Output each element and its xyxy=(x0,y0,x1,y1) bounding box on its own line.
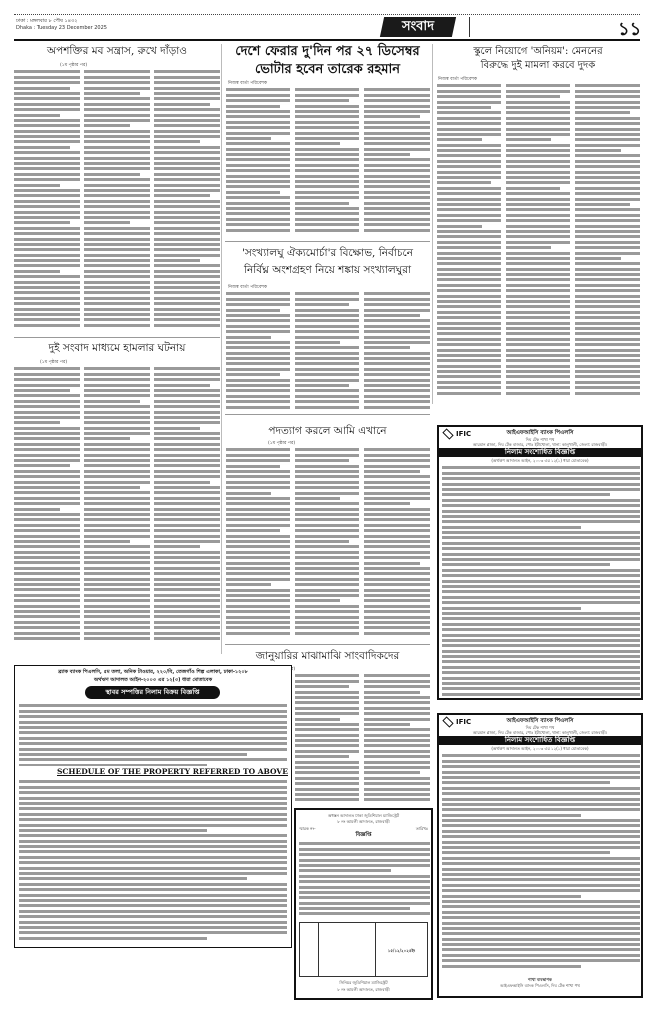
article-body xyxy=(364,290,430,410)
article-body xyxy=(84,365,150,650)
table-cell xyxy=(299,922,319,977)
court-header-line2: ৮ নং আমলী আদালত, রাজবাড়ী xyxy=(296,819,431,826)
article-body xyxy=(295,86,359,236)
newspaper-page: ঢাকা : মঙ্গলবার ৮ পৌষ ১৪৩২ Dhaka : Tuesd… xyxy=(0,0,650,1016)
divider xyxy=(225,414,430,415)
headline-minority-line1: 'সংখ্যালঘু ঐক্যমোর্চা'র বিক্ষোভ, নির্বাচ… xyxy=(225,246,430,263)
article-body xyxy=(226,290,290,410)
headline-menon-line2: বিরুদ্ধে দুই মামলা করবে দুদক xyxy=(436,58,640,75)
headline-resign: পদত্যাগ করলে আমি এখানে xyxy=(225,424,430,441)
article-body xyxy=(84,68,150,333)
court-footer-line1: সিনিয়র জুডিশিয়াল ম্যাজিস্ট্রেট xyxy=(296,980,431,987)
headline-january: জানুয়ারির মাঝামাঝি সাংবাদিকদের xyxy=(225,649,430,666)
divider xyxy=(14,337,220,338)
column-rule xyxy=(221,44,222,654)
divider xyxy=(225,241,430,242)
ad-body xyxy=(19,778,287,944)
lead-headline-line2: ভোটার হবেন তারেক রহমান xyxy=(225,60,430,81)
article-body xyxy=(226,446,290,642)
article-body xyxy=(226,86,290,236)
notice-body xyxy=(299,840,430,920)
date-line: ঢাকা : মঙ্গলবার ৮ পৌষ ১৪৩২ Dhaka : Tuesd… xyxy=(16,18,107,32)
newspaper-logo: সংবাদ xyxy=(380,17,456,37)
schedule-heading: SCHEDULE OF THE PROPERTY REFERRED TO ABO… xyxy=(57,767,288,776)
page-number: ১১ xyxy=(618,15,641,46)
ad-banner: স্থাবর সম্পত্তির নিলাম বিক্রয় বিজ্ঞপ্তি xyxy=(85,686,220,699)
ific-auction-notice-2: IFIC আইএফআইসি ব্যাংক পিএলসি দিঘ টেক শাখা… xyxy=(437,713,643,998)
article-body xyxy=(295,672,359,807)
article-body xyxy=(506,82,570,407)
divider xyxy=(225,644,430,645)
article-body xyxy=(364,446,430,642)
column-rule xyxy=(432,44,433,404)
ad-body xyxy=(19,702,287,766)
article-body xyxy=(295,290,359,410)
notice-body xyxy=(442,464,640,697)
article-body xyxy=(364,672,430,807)
notice-body xyxy=(442,752,640,972)
article-body xyxy=(154,365,220,650)
date-bengali: ঢাকা : মঙ্গলবার ৮ পৌষ ১৪৩২ xyxy=(16,18,107,25)
article-body xyxy=(14,365,80,650)
court-footer-line2: ৮ নং আমলী আদালত, রাজবাড়ী xyxy=(296,987,431,994)
headline-mob-terror: অপশক্তির মব সন্ত্রাস, রুখে দাঁড়াও xyxy=(14,44,220,61)
headline-minority-line2: নির্বিঘ্ন অংশগ্রহণ নিয়ে শঙ্কায় সংখ্যাল… xyxy=(225,263,430,280)
ific-auction-notice-1: IFIC আইএফআইসি ব্যাংক পিএলসি দিঘ টেক শাখা… xyxy=(437,425,643,700)
notice-title: বিজ্ঞপ্তি xyxy=(296,832,431,840)
notice-banner: নিলাম সংশোধিত বিজ্ঞপ্তি xyxy=(439,736,641,745)
court-date: ১৫/১২/২০২৫ইং xyxy=(375,948,428,955)
masthead: ঢাকা : মঙ্গলবার ৮ পৌষ ১৪৩২ Dhaka : Tuesd… xyxy=(14,14,640,41)
article-body xyxy=(14,68,80,333)
article-body xyxy=(437,82,501,407)
ad-subtitle: অর্থঋণ আদালত আইন-২০০৩ এর ১২(৩) ধারা মোতা… xyxy=(15,677,291,685)
notice-banner: নিলাম সংশোধিত বিজ্ঞপ্তি xyxy=(439,448,641,457)
headline-media-attack: দুই সংবাদ মাধ্যমে হামলার ঘটনায় xyxy=(14,341,220,358)
article-body xyxy=(295,446,359,642)
article-body xyxy=(364,86,430,236)
ad-title: ব্র্যাক ব্যাংক পিএলসি, ৫ম তলা, অনিক টাওয… xyxy=(15,669,291,677)
court-notice: অধস্তন আদালত ঢাকা জুডিশিয়াল ম্যাজিস্ট্র… xyxy=(294,808,433,1000)
article-body xyxy=(575,82,640,407)
article-body xyxy=(154,68,220,333)
masthead-divider xyxy=(469,17,470,37)
brac-bank-auction-notice: ব্র্যাক ব্যাংক পিএলসি, ৫ম তলা, অনিক টাওয… xyxy=(14,665,292,948)
signatory-bank: আইএফআইসি ব্যাংক পিএলসি, দিঘ টেক শাখা পথ xyxy=(439,983,641,990)
date-english: Dhaka : Tuesday 23 December 2025 xyxy=(16,25,107,32)
table-cell xyxy=(318,922,376,977)
